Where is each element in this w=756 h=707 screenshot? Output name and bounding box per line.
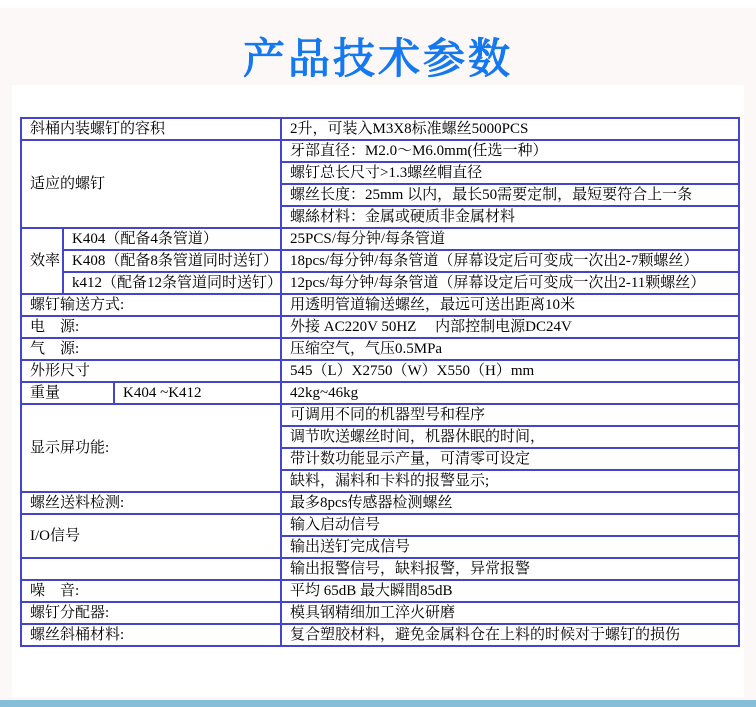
spec-row: 外形尺寸545（L）X2750（W）X550（H）mm — [21, 360, 739, 382]
spec-row: 电 源:外接 AC220V 50HZ 内部控制电源DC24V — [21, 316, 739, 338]
spec-row: 螺丝斜桶材料:复合塑胶材料，避免金属料仓在上料的时候对于螺钉的损伤 — [21, 624, 739, 646]
param-value-cell: 输出报警信号，缺料报警，异常报警 — [281, 558, 739, 580]
spec-row: 显示屏功能:可调用不同的机器型号和程序 — [21, 404, 739, 426]
param-label-cell: 输出送钉完成信号 — [281, 536, 739, 558]
param-value-cell: 用透明管道输送螺丝，最远可送出距离10米 — [281, 294, 739, 316]
spec-table-body: 斜桶内装螺钉的容积2升，可装入M3X8标准螺丝5000PCS适应的螺钉牙部直径：… — [21, 118, 739, 646]
param-label-cell: 电 源: — [21, 316, 281, 338]
param-label-cell: 外形尺寸 — [21, 360, 281, 382]
bottom-bar — [0, 700, 756, 707]
param-label-cell: K404（配备4条管道） — [63, 228, 281, 250]
param-value-cell: 压缩空气，气压0.5MPa — [281, 338, 739, 360]
page-title: 产品技术参数 — [0, 26, 756, 86]
param-value-cell: 牙部直径：M2.0～M6.0mm(任选一种） — [281, 140, 739, 162]
param-label-cell: 螺丝长度：25mm 以内，最长50需要定制，最短要符合上一条 — [281, 184, 739, 206]
param-label-cell: 气 源: — [21, 338, 281, 360]
spec-row: 适应的螺钉牙部直径：M2.0～M6.0mm(任选一种） — [21, 140, 739, 162]
param-value-cell: 最多8pcs传感器检测螺丝 — [281, 492, 739, 514]
spec-row: 输出报警信号，缺料报警，异常报警 — [21, 558, 739, 580]
param-label-cell: 显示屏功能: — [21, 404, 281, 492]
spec-row: 螺钉分配器:模具钢精细加工淬火研磨 — [21, 602, 739, 624]
param-label-cell: I/O信号 — [21, 514, 281, 558]
param-value-cell: 可调用不同的机器型号和程序 — [281, 404, 739, 426]
param-value-cell: 复合塑胶材料，避免金属料仓在上料的时候对于螺钉的损伤 — [281, 624, 739, 646]
param-value-cell: 输入启动信号 — [281, 514, 739, 536]
param-label-cell: 调节吹送螺丝时间，机器休眠的时间， — [281, 426, 739, 448]
param-value-cell: 545（L）X2750（W）X550（H）mm — [281, 360, 739, 382]
spec-row: k412（配备12条管道同时送钉）12pcs/每分钟/每条管道（屏幕设定后可变成… — [21, 272, 739, 294]
param-label-cell: K404 ~K412 — [114, 382, 281, 404]
top-strip — [0, 0, 756, 8]
spec-row: 螺丝送料检测:最多8pcs传感器检测螺丝 — [21, 492, 739, 514]
param-label-cell: 螺钉分配器: — [21, 602, 281, 624]
spec-table: 斜桶内装螺钉的容积2升，可装入M3X8标准螺丝5000PCS适应的螺钉牙部直径：… — [20, 117, 740, 647]
param-label-cell: 缺料，漏料和卡料的报警显示; — [281, 470, 739, 492]
param-label-cell: K408（配备8条管道同时送钉） — [63, 250, 281, 272]
param-label-cell: 带计数功能显示产量，可清零可设定 — [281, 448, 739, 470]
spec-row: 斜桶内装螺钉的容积2升，可装入M3X8标准螺丝5000PCS — [21, 118, 739, 140]
param-value-cell: 2升，可装入M3X8标准螺丝5000PCS — [281, 118, 739, 140]
param-label-cell: 噪 音: — [21, 580, 281, 602]
param-label-cell: 螺丝斜桶材料: — [21, 624, 281, 646]
param-value-cell: 平均 65dB 最大瞬間85dB — [281, 580, 739, 602]
spec-row: 气 源:压缩空气，气压0.5MPa — [21, 338, 739, 360]
spec-row: 效率K404（配备4条管道）25PCS/每分钟/每条管道 — [21, 228, 739, 250]
spec-row: 噪 音:平均 65dB 最大瞬間85dB — [21, 580, 739, 602]
spec-row: 螺钉输送方式:用透明管道输送螺丝，最远可送出距离10米 — [21, 294, 739, 316]
param-value-cell: 外接 AC220V 50HZ 内部控制电源DC24V — [281, 316, 739, 338]
param-label-cell: 斜桶内装螺钉的容积 — [21, 118, 281, 140]
param-label-cell: 适应的螺钉 — [21, 140, 281, 228]
param-value-cell: 42kg~46kg — [281, 382, 739, 404]
content-panel: 斜桶内装螺钉的容积2升，可装入M3X8标准螺丝5000PCS适应的螺钉牙部直径：… — [12, 85, 744, 697]
param-value-cell: 模具钢精细加工淬火研磨 — [281, 602, 739, 624]
param-label-cell: 螺絲材料：金属或硬质非金属材料 — [281, 206, 739, 228]
param-label-cell: k412（配备12条管道同时送钉） — [63, 272, 281, 294]
param-value-cell: 12pcs/每分钟/每条管道（屏幕设定后可变成一次出2-11颗螺丝） — [281, 272, 739, 294]
param-label-cell: 螺钉输送方式: — [21, 294, 281, 316]
spec-row: I/O信号输入启动信号 — [21, 514, 739, 536]
param-label-cell: 螺钉总长尺寸>1.3螺丝帽直径 — [281, 162, 739, 184]
param-label-cell: 重量 — [21, 382, 114, 404]
param-label-cell — [21, 558, 281, 580]
spec-row: K408（配备8条管道同时送钉）18pcs/每分钟/每条管道（屏幕设定后可变成一… — [21, 250, 739, 272]
param-value-cell: 25PCS/每分钟/每条管道 — [281, 228, 739, 250]
param-label-cell: 螺丝送料检测: — [21, 492, 281, 514]
spec-row: 重量K404 ~K41242kg~46kg — [21, 382, 739, 404]
param-value-cell: 18pcs/每分钟/每条管道（屏幕设定后可变成一次出2-7颗螺丝） — [281, 250, 739, 272]
param-label-cell: 效率 — [21, 228, 63, 294]
